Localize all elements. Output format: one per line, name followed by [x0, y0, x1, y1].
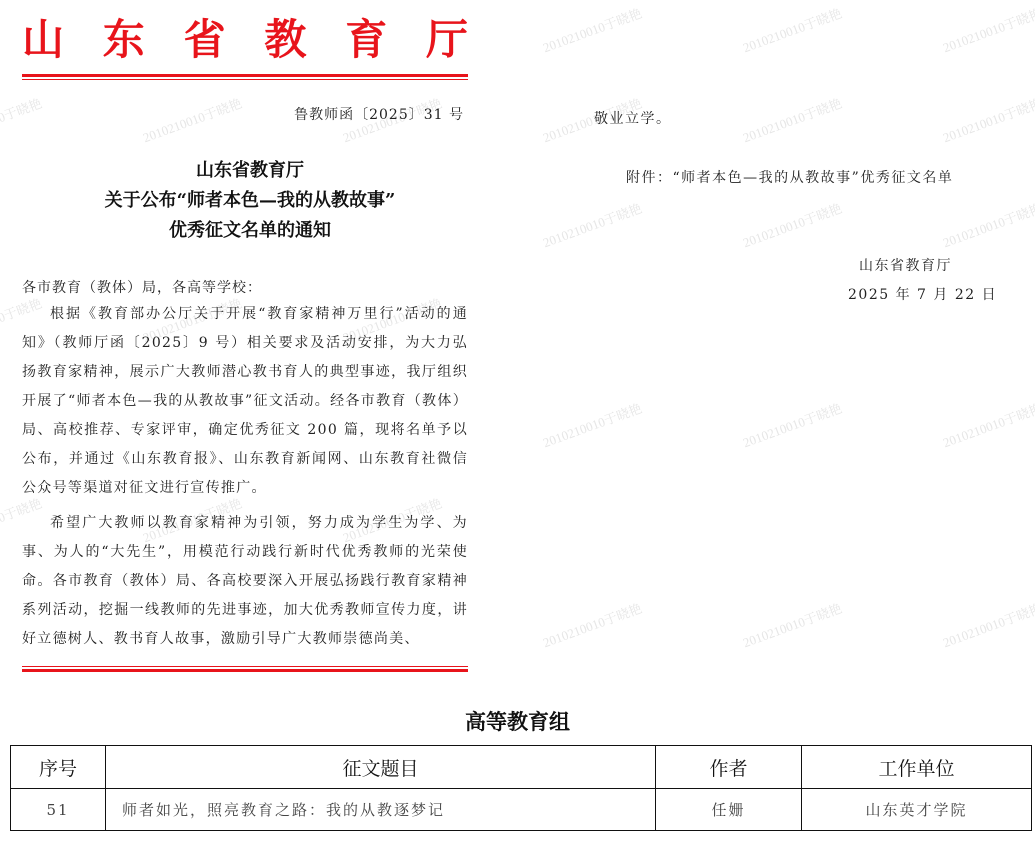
column-header-title: 征文题目	[106, 746, 656, 789]
continuation-text: 敬业立学。	[594, 108, 672, 128]
title-line: 优秀征文名单的通知	[0, 216, 500, 246]
signature-org: 山东省教育厅	[859, 255, 952, 275]
cell-unit: 山东英才学院	[802, 789, 1032, 831]
document-page-2: 敬业立学。 附件：“师者本色—我的从教故事”优秀征文名单 山东省教育厅 2025…	[500, 0, 1035, 700]
body-paragraph-2: 希望广大教师以教育家精神为引领，努力成为学生为学、为事、为人的“大先生”，用模范…	[22, 509, 468, 654]
title-line: 关于公布“师者本色—我的从教故事”	[0, 186, 500, 216]
document-title: 山东省教育厅 关于公布“师者本色—我的从教故事” 优秀征文名单的通知	[0, 156, 500, 246]
group-title: 高等教育组	[0, 706, 1035, 736]
salutation: 各市教育（教体）局，各高等学校：	[22, 277, 262, 297]
table-header-row: 序号 征文题目 作者 工作单位	[11, 746, 1032, 789]
masthead-char: 教	[264, 14, 306, 66]
footer-divider	[22, 666, 468, 672]
column-header-number: 序号	[11, 746, 106, 789]
masthead-char: 育	[345, 14, 387, 66]
document-number: 鲁教师函〔2025〕31 号	[294, 104, 464, 124]
signature-date: 2025 年 7 月 22 日	[848, 284, 997, 304]
title-line: 山东省教育厅	[0, 156, 500, 186]
masthead-char: 省	[184, 14, 226, 66]
attachment-note: 附件：“师者本色—我的从教故事”优秀征文名单	[626, 167, 953, 187]
masthead-char: 东	[103, 14, 145, 66]
masthead-char: 厅	[426, 14, 468, 66]
masthead-divider	[22, 74, 468, 80]
column-header-unit: 工作单位	[802, 746, 1032, 789]
body-paragraph-1: 根据《教育部办公厅关于开展“教育家精神万里行”活动的通知》（教师厅函〔2025〕…	[22, 300, 468, 503]
document-page-1: 山 东 省 教 育 厅 鲁教师函〔2025〕31 号 山东省教育厅 关于公布“师…	[0, 0, 500, 700]
masthead: 山 东 省 教 育 厅	[22, 14, 468, 66]
cell-number: 51	[11, 789, 106, 831]
cell-title: 师者如光，照亮教育之路：我的从教逐梦记	[106, 789, 656, 831]
cell-author: 任姗	[656, 789, 802, 831]
table-row: 51 师者如光，照亮教育之路：我的从教逐梦记 任姗 山东英才学院	[11, 789, 1032, 831]
essay-list-table: 序号 征文题目 作者 工作单位 51 师者如光，照亮教育之路：我的从教逐梦记 任…	[10, 745, 1032, 831]
column-header-author: 作者	[656, 746, 802, 789]
masthead-char: 山	[22, 14, 64, 66]
